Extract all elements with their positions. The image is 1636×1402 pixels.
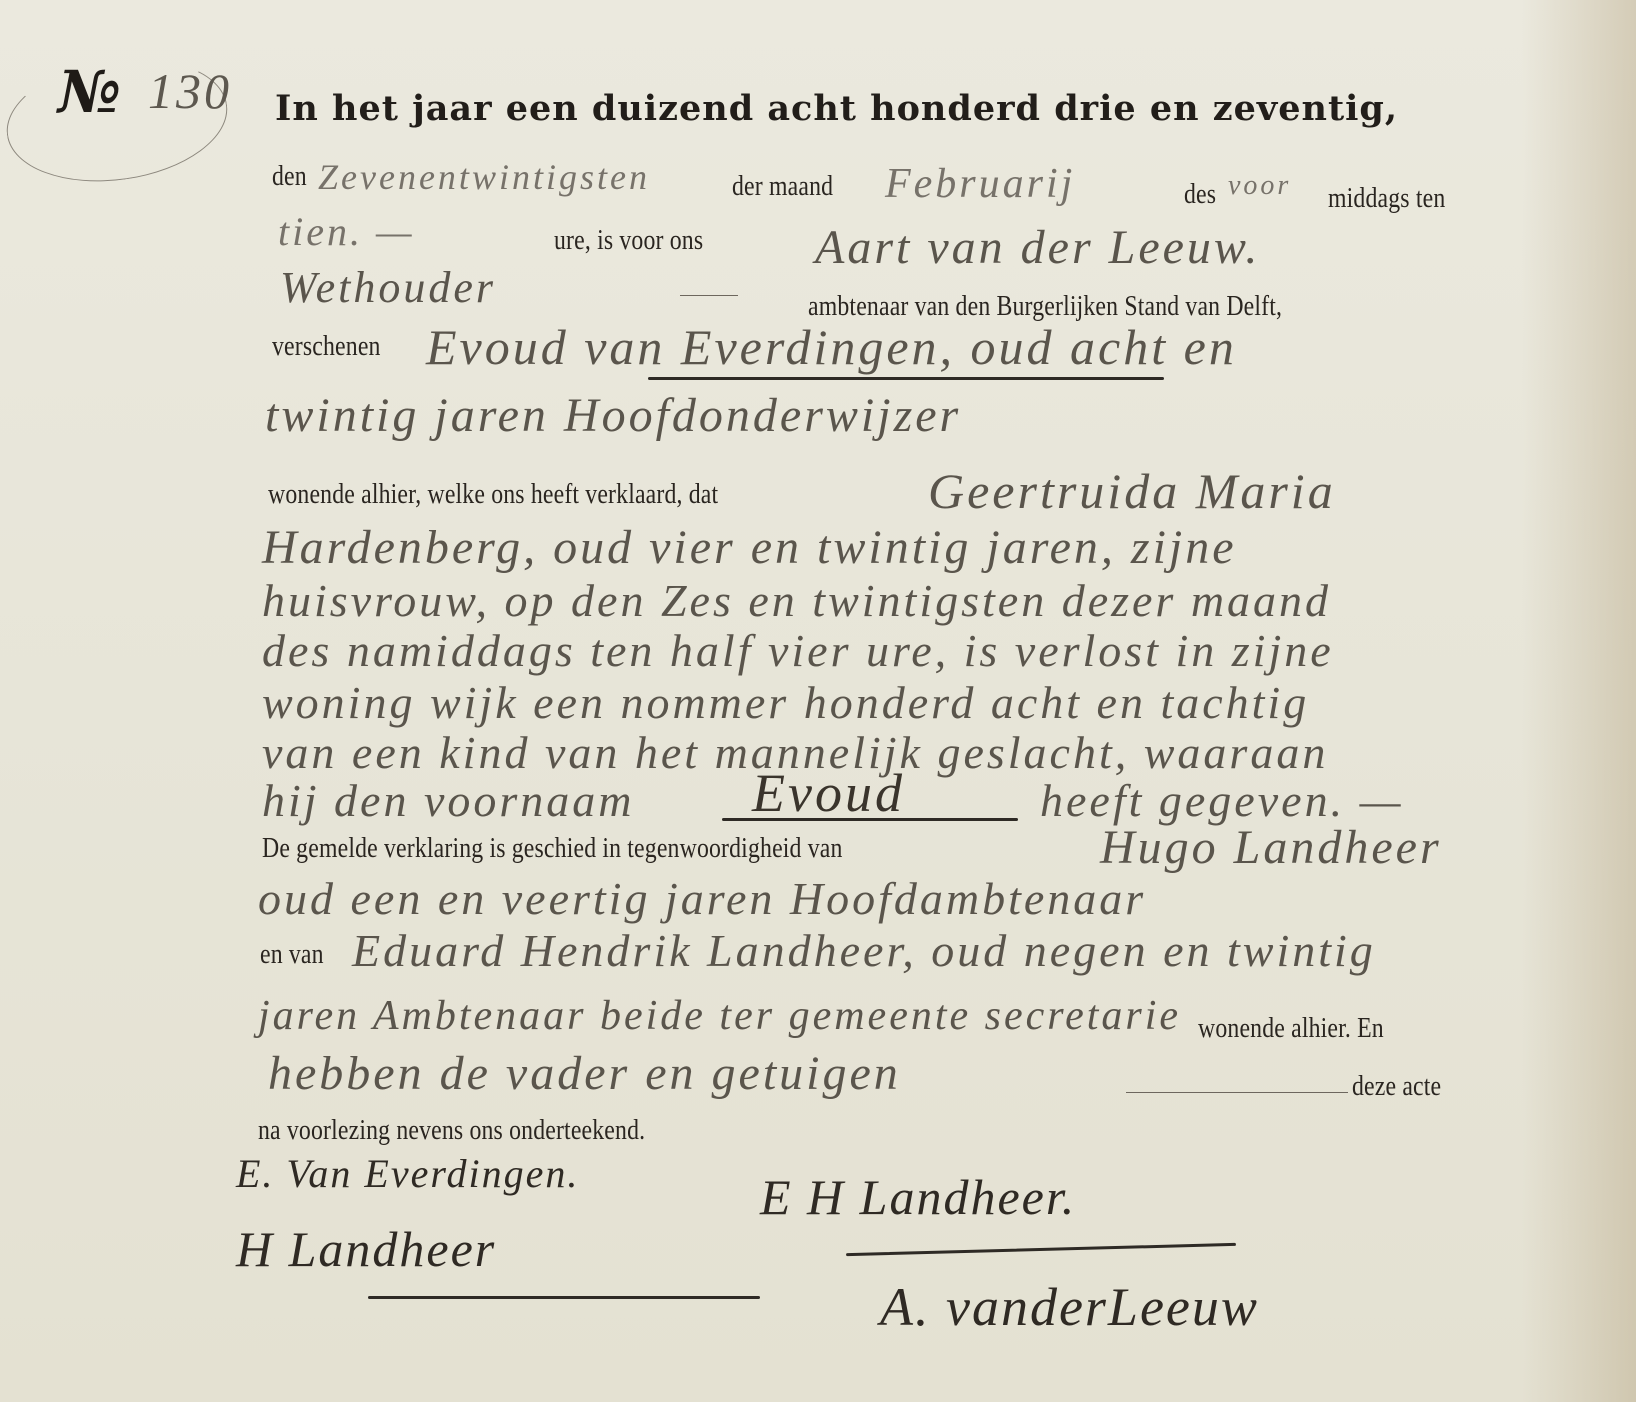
hand-line-7: Hardenberg, oud vier en twintig jaren, z… [262, 520, 1237, 575]
printed-middags-ten: middags ten [1328, 182, 1445, 215]
signature-flourish-1 [846, 1243, 1236, 1256]
hand-mother-name: Geertruida Maria [928, 462, 1336, 520]
hand-signers: hebben de vader en getuigen [268, 1046, 901, 1101]
number-label: № [58, 58, 121, 126]
hand-voor: voor [1228, 170, 1291, 202]
printed-des: des [1184, 178, 1216, 211]
filler-dash [680, 295, 738, 296]
hand-line-8: huisvrouw, op den Zes en twintigsten dez… [262, 574, 1331, 627]
hand-day: Zevenentwintigsten [318, 156, 650, 198]
printed-en-van: en van [260, 938, 324, 971]
hand-hour: tien. — [278, 208, 415, 255]
printed-voorlezing: na voorlezing nevens ons onderteekend. [258, 1114, 645, 1147]
printed-verschenen: verschenen [272, 330, 381, 363]
signature-official: A. vanderLeeuw [880, 1276, 1259, 1338]
printed-deze-acte: deze acte [1352, 1070, 1441, 1103]
hand-declarant: Evoud van Everdingen, oud acht en [426, 318, 1237, 376]
hand-witness2: Eduard Hendrik Landheer, oud negen en tw… [352, 924, 1376, 977]
filler-line [1126, 1092, 1348, 1093]
hand-child-name: Evoud [752, 762, 905, 824]
printed-der-maand: der maand [732, 170, 833, 203]
declarant-underline [648, 377, 1164, 380]
printed-gemelde: De gemelde verklaring is geschied in teg… [262, 832, 843, 865]
hand-official-name: Aart van der Leeuw. [815, 220, 1260, 275]
signature-flourish-2 [368, 1296, 760, 1299]
printed-wonende-alhier: wonende alhier. En [1198, 1012, 1384, 1045]
hand-official-title: Wethouder [280, 262, 496, 313]
hand-witness1-details: oud een en veertig jaren Hoofdambtenaar [258, 872, 1146, 925]
register-page: № 130 In het jaar een duizend acht honde… [0, 0, 1636, 1402]
hand-declarant-age-occupation: twintig jaren Hoofdonderwijzer [265, 388, 961, 443]
hand-line-10: woning wijk een nommer honderd acht en t… [262, 676, 1309, 729]
signature-witness1: H Landheer [236, 1220, 496, 1278]
printed-wonende: wonende alhier, welke ons heeft verklaar… [268, 478, 718, 511]
record-number: 130 [148, 62, 232, 120]
hand-month: Februarij [885, 160, 1075, 208]
printed-ure: ure, is voor ons [554, 224, 703, 257]
hand-witness1: Hugo Landheer [1100, 820, 1442, 875]
hand-witness-occupation: jaren Ambtenaar beide ter gemeente secre… [258, 992, 1181, 1040]
hand-line-9: des namiddags ten half vier ure, is verl… [262, 624, 1334, 677]
signature-father: E. Van Everdingen. [236, 1150, 579, 1197]
child-name-underline [722, 818, 1018, 821]
printed-den: den [272, 160, 307, 193]
heading: In het jaar een duizend acht honderd dri… [275, 88, 1398, 129]
signature-witness2: E H Landheer. [760, 1168, 1076, 1226]
hand-line-12a: hij den voornaam [262, 774, 635, 827]
